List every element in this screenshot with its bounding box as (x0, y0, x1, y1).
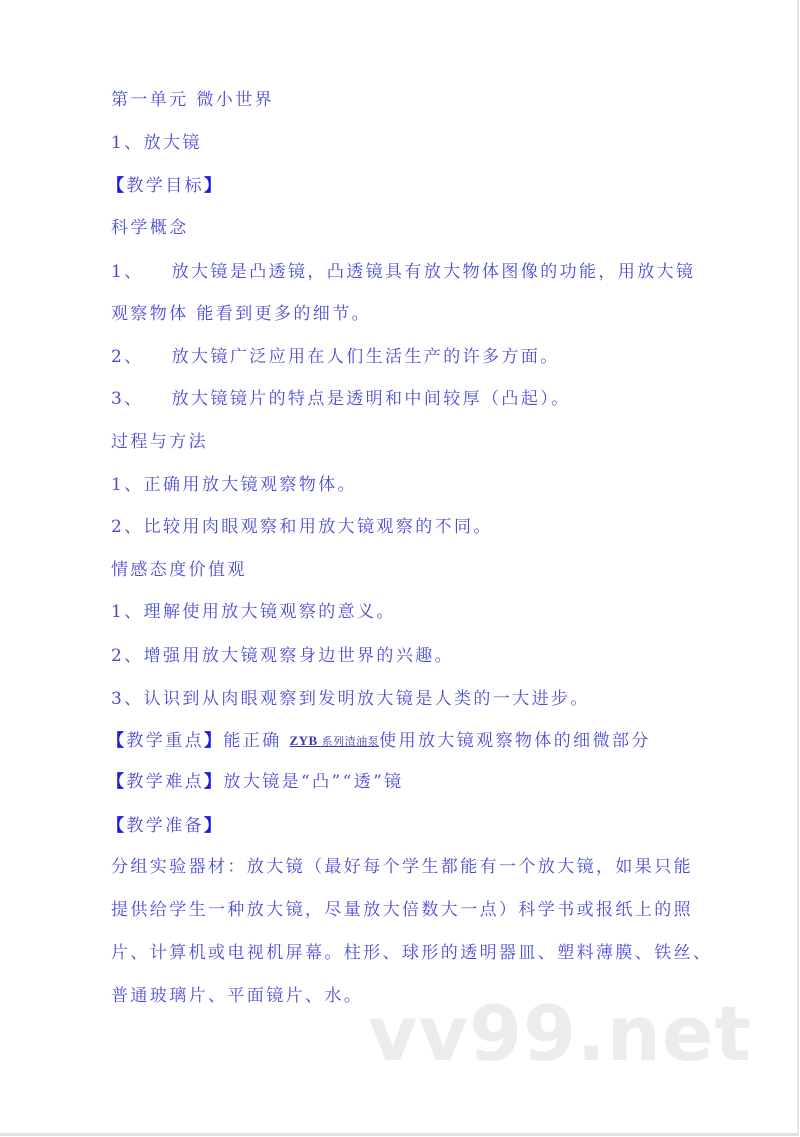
process-item-1: 1、正确用放大镜观察物体。 (111, 474, 357, 496)
product-link-cjk: 系列渣油泵 (318, 735, 380, 748)
item-number: 1、 (111, 261, 144, 283)
preparation-line-4: 普通玻璃片、平面镜片、水。 (111, 985, 363, 1007)
key-points-text-before: 能正确 (223, 731, 281, 751)
item-text: 放大镜是凸透镜，凸透镜具有放大物体图像的功能，用放大镜 (172, 262, 696, 282)
concept-item-1-cont: 观察物体 能看到更多的细节。 (111, 303, 371, 325)
difficulties-line: 【教学难点】放大镜是“凸”“透”镜 (107, 771, 404, 793)
product-link[interactable]: ZYB 系列渣油泵 (289, 735, 379, 748)
key-points-line: 【教学重点】能正确 ZYB 系列渣油泵使用放大镜观察物体的细微部分 (107, 730, 651, 753)
objectives-heading: 【教学目标】 (107, 175, 223, 197)
lesson-title: 1、放大镜 (111, 132, 202, 154)
bracket-close: 】 (204, 772, 223, 792)
concept-item-3: 3、放大镜镜片的特点是透明和中间较厚（凸起）。 (111, 388, 571, 410)
preparation-heading-text: 教学准备 (126, 816, 204, 836)
bracket-open: 【 (107, 176, 126, 196)
item-text: 放大镜镜片的特点是透明和中间较厚（凸起）。 (172, 389, 571, 409)
objectives-heading-text: 教学目标 (126, 176, 204, 196)
bracket-open: 【 (107, 816, 126, 836)
difficulties-text: 放大镜是“凸”“透”镜 (223, 772, 403, 792)
watermark: vv99.net (368, 996, 752, 1072)
attitudes-values-heading: 情感态度价值观 (111, 559, 247, 581)
key-points-text-after: 使用放大镜观察物体的细微部分 (379, 731, 651, 751)
product-link-latin: ZYB (289, 733, 317, 748)
bracket-close: 】 (204, 816, 223, 836)
process-item-2: 2、比较用肉眼观察和用放大镜观察的不同。 (111, 516, 493, 538)
science-concepts-heading: 科学概念 (111, 217, 189, 239)
unit-title: 第一单元 微小世界 (111, 89, 274, 111)
attitude-item-2: 2、增强用放大镜观察身边世界的兴趣。 (111, 645, 454, 667)
item-number: 3、 (111, 388, 144, 410)
preparation-line-3: 片、计算机或电视机屏幕。柱形、球形的透明器皿、塑料薄膜、铁丝、 (111, 942, 712, 964)
attitude-item-3: 3、认识到从肉眼观察到发明放大镜是人类的一大进步。 (111, 688, 590, 710)
attitude-item-1: 1、理解使用放大镜观察的意义。 (111, 601, 396, 623)
preparation-line-2: 提供给学生一种放大镜，尽量放大倍数大一点）科学书或报纸上的照 (111, 899, 693, 921)
key-points-heading-text: 教学重点 (126, 731, 204, 751)
bracket-close: 】 (204, 731, 223, 751)
bracket-open: 【 (107, 772, 126, 792)
process-methods-heading: 过程与方法 (111, 431, 208, 453)
concept-item-2: 2、放大镜广泛应用在人们生活生产的许多方面。 (111, 346, 560, 368)
preparation-heading: 【教学准备】 (107, 815, 223, 837)
item-text: 放大镜广泛应用在人们生活生产的许多方面。 (172, 347, 560, 367)
item-number: 2、 (111, 346, 144, 368)
concept-item-1: 1、放大镜是凸透镜，凸透镜具有放大物体图像的功能，用放大镜 (111, 261, 695, 283)
bracket-close: 】 (204, 176, 223, 196)
preparation-line-1: 分组实验器材：放大镜（最好每个学生都能有一个放大镜，如果只能 (111, 856, 693, 878)
bracket-open: 【 (107, 731, 126, 751)
difficulties-heading-text: 教学难点 (126, 772, 204, 792)
document-page: 第一单元 微小世界 1、放大镜 【教学目标】 科学概念 1、放大镜是凸透镜，凸透… (0, 0, 799, 1136)
